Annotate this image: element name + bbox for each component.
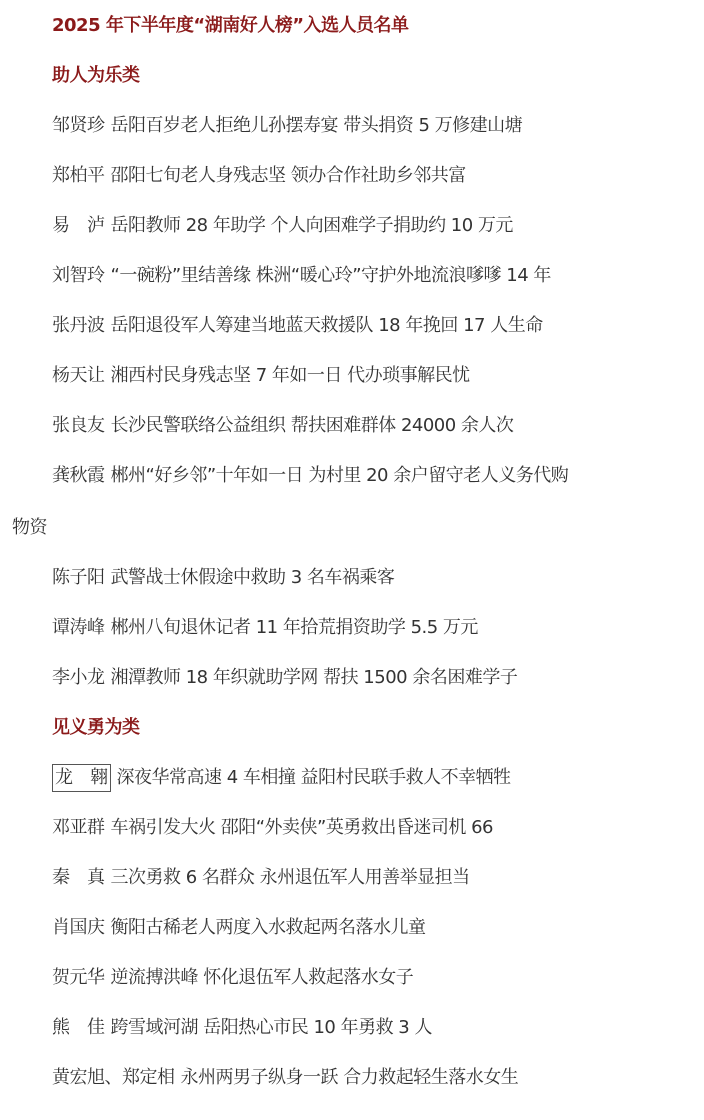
item-description: 三次勇救 6 名群众 永州退伍军人用善举显担当 (111, 867, 470, 888)
person-name: 张良友 (52, 415, 105, 436)
item-description: 湘西村民身残志坚 7 年如一日 代办琐事解民忧 (111, 365, 470, 386)
person-name: 李小龙 (52, 667, 105, 688)
item-description: 长沙民警联络公益组织 帮扶困难群体 24000 余人次 (111, 415, 514, 436)
person-name: 秦 真 (52, 867, 105, 888)
item-description: “一碗粉”里结善缘 株洲“暖心玲”守护外地流浪嗲嗲 14 年 (111, 265, 551, 286)
list-item: 刘智玲“一碗粉”里结善缘 株洲“暖心玲”守护外地流浪嗲嗲 14 年 (52, 261, 551, 291)
person-name: 熊 佳 (52, 1017, 105, 1038)
list-item: 贺元华逆流搏洪峰 怀化退伍军人救起落水女子 (52, 963, 413, 993)
item-description: 郴州八旬退休记者 11 年拾荒捐资助学 5.5 万元 (111, 617, 478, 638)
list-item: 邹贤珍岳阳百岁老人拒绝儿孙摆寿宴 带头捐资 5 万修建山塘 (52, 111, 522, 141)
item-description: 湘潭教师 18 年织就助学网 帮扶 1500 余名困难学子 (111, 667, 518, 688)
list-item: 谭涛峰郴州八旬退休记者 11 年拾荒捐资助学 5.5 万元 (52, 613, 478, 643)
item-description: 武警战士休假途中救助 3 名车祸乘客 (111, 567, 395, 588)
item-description: 岳阳百岁老人拒绝儿孙摆寿宴 带头捐资 5 万修建山塘 (111, 115, 523, 136)
person-name: 黄宏旭、郑定相 (52, 1067, 175, 1088)
list-item: 龙 翱深夜华常高速 4 车相撞 益阳村民联手救人不幸牺牲 (52, 763, 511, 793)
list-item: 熊 佳跨雪域河湖 岳阳热心市民 10 年勇救 3 人 (52, 1013, 432, 1043)
section-heading: 助人为乐类 (52, 61, 140, 91)
person-name: 易 泸 (52, 215, 105, 236)
person-name-selected[interactable]: 龙 翱 (52, 764, 111, 792)
item-description: 岳阳教师 28 年助学 个人向困难学子捐助约 10 万元 (111, 215, 513, 236)
person-name: 贺元华 (52, 967, 105, 988)
item-description: 逆流搏洪峰 怀化退伍军人救起落水女子 (111, 967, 414, 988)
list-item: 陈子阳武警战士休假途中救助 3 名车祸乘客 (52, 563, 394, 593)
list-item: 龚秋霞郴州“好乡邻”十年如一日 为村里 20 余户留守老人义务代购 (52, 461, 568, 491)
person-name: 肖国庆 (52, 917, 105, 938)
person-name: 谭涛峰 (52, 617, 105, 638)
person-name: 杨天让 (52, 365, 105, 386)
item-description: 跨雪域河湖 岳阳热心市民 10 年勇救 3 人 (111, 1017, 432, 1038)
person-name: 张丹波 (52, 315, 105, 336)
item-description: 衡阳古稀老人两度入水救起两名落水儿童 (111, 917, 426, 938)
list-item-continuation: 物资 (12, 513, 47, 543)
item-description: 永州两男子纵身一跃 合力救起轻生落水女生 (181, 1067, 519, 1088)
person-name: 郑柏平 (52, 165, 105, 186)
item-description: 深夜华常高速 4 车相撞 益阳村民联手救人不幸牺牲 (117, 767, 511, 788)
list-item: 杨天让湘西村民身残志坚 7 年如一日 代办琐事解民忧 (52, 361, 470, 391)
item-description: 郴州“好乡邻”十年如一日 为村里 20 余户留守老人义务代购 (111, 465, 569, 486)
list-item: 郑柏平邵阳七旬老人身残志坚 领办合作社助乡邻共富 (52, 161, 466, 191)
person-name: 邹贤珍 (52, 115, 105, 136)
item-description: 邵阳七旬老人身残志坚 领办合作社助乡邻共富 (111, 165, 466, 186)
list-item: 秦 真三次勇救 6 名群众 永州退伍军人用善举显担当 (52, 863, 470, 893)
person-name: 龚秋霞 (52, 465, 105, 486)
list-item: 肖国庆衡阳古稀老人两度入水救起两名落水儿童 (52, 913, 426, 943)
person-name: 陈子阳 (52, 567, 105, 588)
person-name: 刘智玲 (52, 265, 105, 286)
list-item: 易 泸岳阳教师 28 年助学 个人向困难学子捐助约 10 万元 (52, 211, 513, 241)
document-title: 2025 年下半年度“湖南好人榜”入选人员名单 (52, 11, 409, 41)
list-item: 邓亚群车祸引发大火 邵阳“外卖侠”英勇救出昏迷司机 66 (52, 813, 493, 843)
list-item: 黄宏旭、郑定相永州两男子纵身一跃 合力救起轻生落水女生 (52, 1063, 518, 1093)
list-item: 李小龙湘潭教师 18 年织就助学网 帮扶 1500 余名困难学子 (52, 663, 517, 693)
item-description: 车祸引发大火 邵阳“外卖侠”英勇救出昏迷司机 66 (111, 817, 494, 838)
list-item: 张良友长沙民警联络公益组织 帮扶困难群体 24000 余人次 (52, 411, 513, 441)
list-item: 张丹波岳阳退役军人筹建当地蓝天救援队 18 年挽回 17 人生命 (52, 311, 543, 341)
section-heading: 见义勇为类 (52, 713, 140, 743)
person-name: 邓亚群 (52, 817, 105, 838)
item-description: 岳阳退役军人筹建当地蓝天救援队 18 年挽回 17 人生命 (111, 315, 543, 336)
